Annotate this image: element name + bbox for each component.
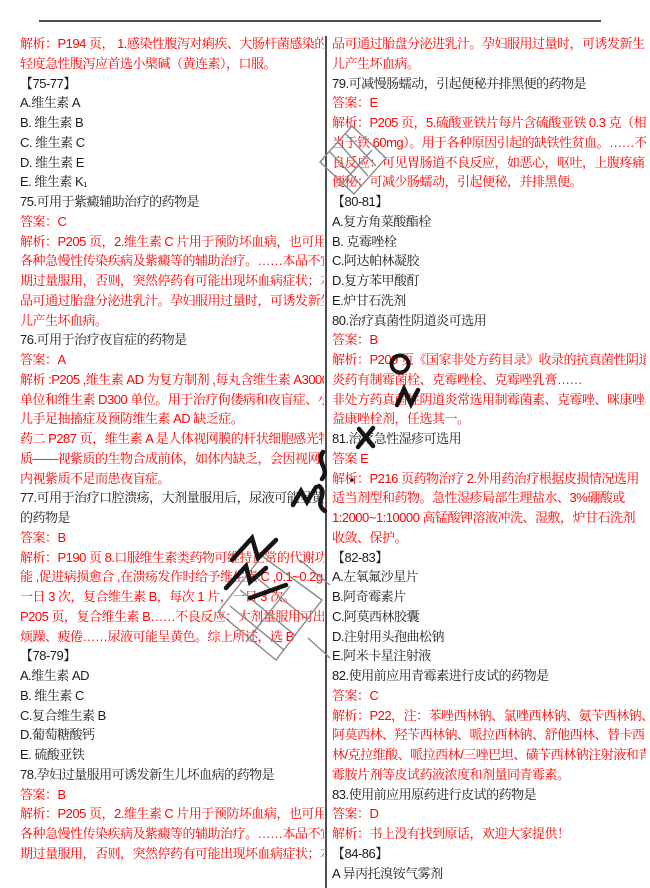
text-line: E.阿米卡星注射液 [332,646,646,666]
text-line: 答案 E [332,449,646,469]
text-line: A.维生素 A [20,93,324,113]
text-line: C. 维生素 C [20,133,324,153]
text-line: 一日 3 次，复合维生素 B，每次 1 片，一日 3 次。 [20,587,324,607]
text-line: 各种急慢性传染疾病及紫癜等的辅助治疗。……本品不宜长 [20,824,324,844]
text-line: 非处方药真菌性阴道炎常选用制霉菌素、克霉唑、咪康唑、 [332,390,646,410]
text-line: E. 维生素 K₁ [20,172,324,192]
text-line: 77.可用于治疗口腔溃疡，大剂量服用后，尿液可能呈黄色 [20,488,324,508]
text-line: E. 硫酸亚铁 [20,745,324,765]
text-line: 【82-83】 [332,548,646,568]
text-line: 炎药有制霉菌栓、克霉唑栓、克霉唑乳膏…… [332,370,646,390]
text-line: 答案：B [20,528,324,548]
text-line: 解析：P190 页 8.口服维生素类药物可维持正常的代谢功 [20,548,324,568]
text-line: 内视紫质不足而患夜盲症。 [20,469,324,489]
text-line: D.注射用头孢曲松钠 [332,627,646,647]
text-line: 期过量服用，否则，突然停药有可能出现坏血病症状；本 [20,844,324,864]
text-line: C.阿达帕林凝胶 [332,251,646,271]
text-line: 收敛、保护。 [332,528,646,548]
column-divider [325,36,327,888]
right-column: 品可通过胎盘分泌进乳汁。孕妇服用过量时，可诱发新生儿产生坏血病。79.可减慢肠蠕… [332,34,646,883]
text-line: 解析：P205 页，2.维生素 C 片用于预防坏血病，也可用于 [20,804,324,824]
text-line: A.复方角菜酸酯栓 [332,212,646,232]
text-line: 答案：A [20,350,324,370]
text-line: 76.可用于治疗夜盲症的药物是 [20,330,324,350]
text-line: B. 维生素 B [20,113,324,133]
text-line: 解析：P22，注：苯唑西林钠、氯唑西林钠、氨苄西林钠、 [332,706,646,726]
text-line: 药二 P287 页，维生素 A 是人体视网膜的杆状细胞感光物 [20,429,324,449]
text-line: 解析：P194 页， 1.感染性腹泻对痢疾、大肠杆菌感染的 [20,34,324,54]
text-line: 良反应：可见胃肠道不良反应，如恶心，呕吐，上腹疼痛， [332,153,646,173]
text-line: 质——视紫质的生物合成前体，如体内缺乏，会因视网膜 [20,449,324,469]
text-line: 儿手足抽搐症及预防维生素 AD 缺乏症。 [20,409,324,429]
text-line: E.炉甘石洗剂 [332,291,646,311]
text-line: 答案：C [20,212,324,232]
text-line: B.阿奇霉素片 [332,587,646,607]
text-line: D.复方苯甲酸酊 [332,271,646,291]
text-line: C.阿莫西林胶囊 [332,607,646,627]
text-line: C.复合维生素 B [20,706,324,726]
text-line: 解析 :P205 ,维生素 AD 为复方制剂 ,每丸含维生素 A3000 [20,370,324,390]
text-line: 78.孕妇过量服用可诱发新生儿坏血病的药物是 [20,765,324,785]
text-line: 【80-81】 [332,192,646,212]
text-line: 答案：E [332,93,646,113]
text-line: 品可通过胎盘分泌进乳汁。孕妇服用过量时，可诱发新生 [20,291,324,311]
text-line: 儿产生坏血病。 [20,311,324,331]
text-line: 【75-77】 [20,74,324,94]
text-line: 的药物是 [20,508,324,528]
text-line: 单位和维生素 D300 单位。用于治疗佝偻病和夜盲症、小 [20,390,324,410]
text-line: 当于铁 60mg）。用于各种原因引起的缺铁性贫血。……不 [332,133,646,153]
text-line: 品可通过胎盘分泌进乳汁。孕妇服用过量时，可诱发新生 [332,34,646,54]
text-line: 答案：D [332,804,646,824]
text-line: 林/克拉维酸、哌拉西林/三唑巴坦、磺苄西林钠注射液和青 [332,745,646,765]
text-line: 解析：P216 页药物治疗 2.外用药治疗根据皮损情况选用 [332,469,646,489]
text-line: 【84-86】 [332,844,646,864]
text-line: 79.可减慢肠蠕动，引起便秘并排黑便的药物是 [332,74,646,94]
text-line: 轻度急性腹泻应首选小檗碱（黄连素），口服。 [20,54,324,74]
text-line: B. 克霉唑栓 [332,232,646,252]
text-line: 解析：P205 页，5.硫酸亚铁片每片含硫酸亚铁 0.3 克（相 [332,113,646,133]
text-line: A.左氧氟沙星片 [332,567,646,587]
text-line: 烦躁、疲倦……尿液可能呈黄色。综上所述，选 B [20,627,324,647]
text-line: D. 维生素 E [20,153,324,173]
text-line: 解析：P205 页，2.维生素 C 片用于预防坏血病，也可用于 [20,232,324,252]
text-line: A 异丙托溴铵气雾剂 [332,864,646,884]
text-line: 答案：B [332,330,646,350]
text-line: 霉胺片剂等皮试药液浓度和剂量同青霉素。 [332,765,646,785]
text-line: 阿莫西林、羟苄西林钠、哌拉西林钠、舒他西林、替卡西 [332,725,646,745]
text-line: 答案：B [20,785,324,805]
text-line: 益康唑栓剂，任选其一。 [332,409,646,429]
left-column: 解析：P194 页， 1.感染性腹泻对痢疾、大肠杆菌感染的轻度急性腹泻应首选小檗… [20,34,324,864]
text-line: 80.治疗真菌性阴道炎可选用 [332,311,646,331]
text-line: 82.使用前应用青霉素进行皮试的药物是 [332,666,646,686]
text-line: 儿产生坏血病。 [332,54,646,74]
top-rule [39,20,601,22]
text-line: 适当剂型和药物。急性湿疹局部生理盐水、3%硼酸或 [332,488,646,508]
text-line: 解析：书上没有找到原话，欢迎大家提供！ [332,824,646,844]
text-line: 各种急慢性传染疾病及紫癜等的辅助治疗。……本品不宜长 [20,251,324,271]
text-line: 便秘；可减少肠蠕动，引起便秘，并排黑便。 [332,172,646,192]
text-line: 能 ,促进病损愈合 ,在溃疡发作时给予维生素 C ,0.1~0.2g， [20,567,324,587]
text-line: 81.治疗急性湿疹可选用 [332,429,646,449]
text-line: 83.使用前应用原药进行皮试的药物是 [332,785,646,805]
text-line: P205 页，复合维生素 B……不良反应：大剂量服用可出现 [20,607,324,627]
text-line: B. 维生素 C [20,686,324,706]
text-line: 【78-79】 [20,646,324,666]
text-line: A.维生素 AD [20,666,324,686]
text-line: 1:2000~1:10000 高锰酸钾溶液冲洗、湿敷，炉甘石洗剂 [332,508,646,528]
text-line: 答案：C [332,686,646,706]
text-line: D.葡萄糖酸钙 [20,725,324,745]
text-line: 期过量服用，否则，突然停药有可能出现坏血病症状；本 [20,271,324,291]
text-line: 解析：P209 页《国家非处方药目录》收录的抗真菌性阴道 [332,350,646,370]
text-line: 75.可用于紫癜辅助治疗的药物是 [20,192,324,212]
